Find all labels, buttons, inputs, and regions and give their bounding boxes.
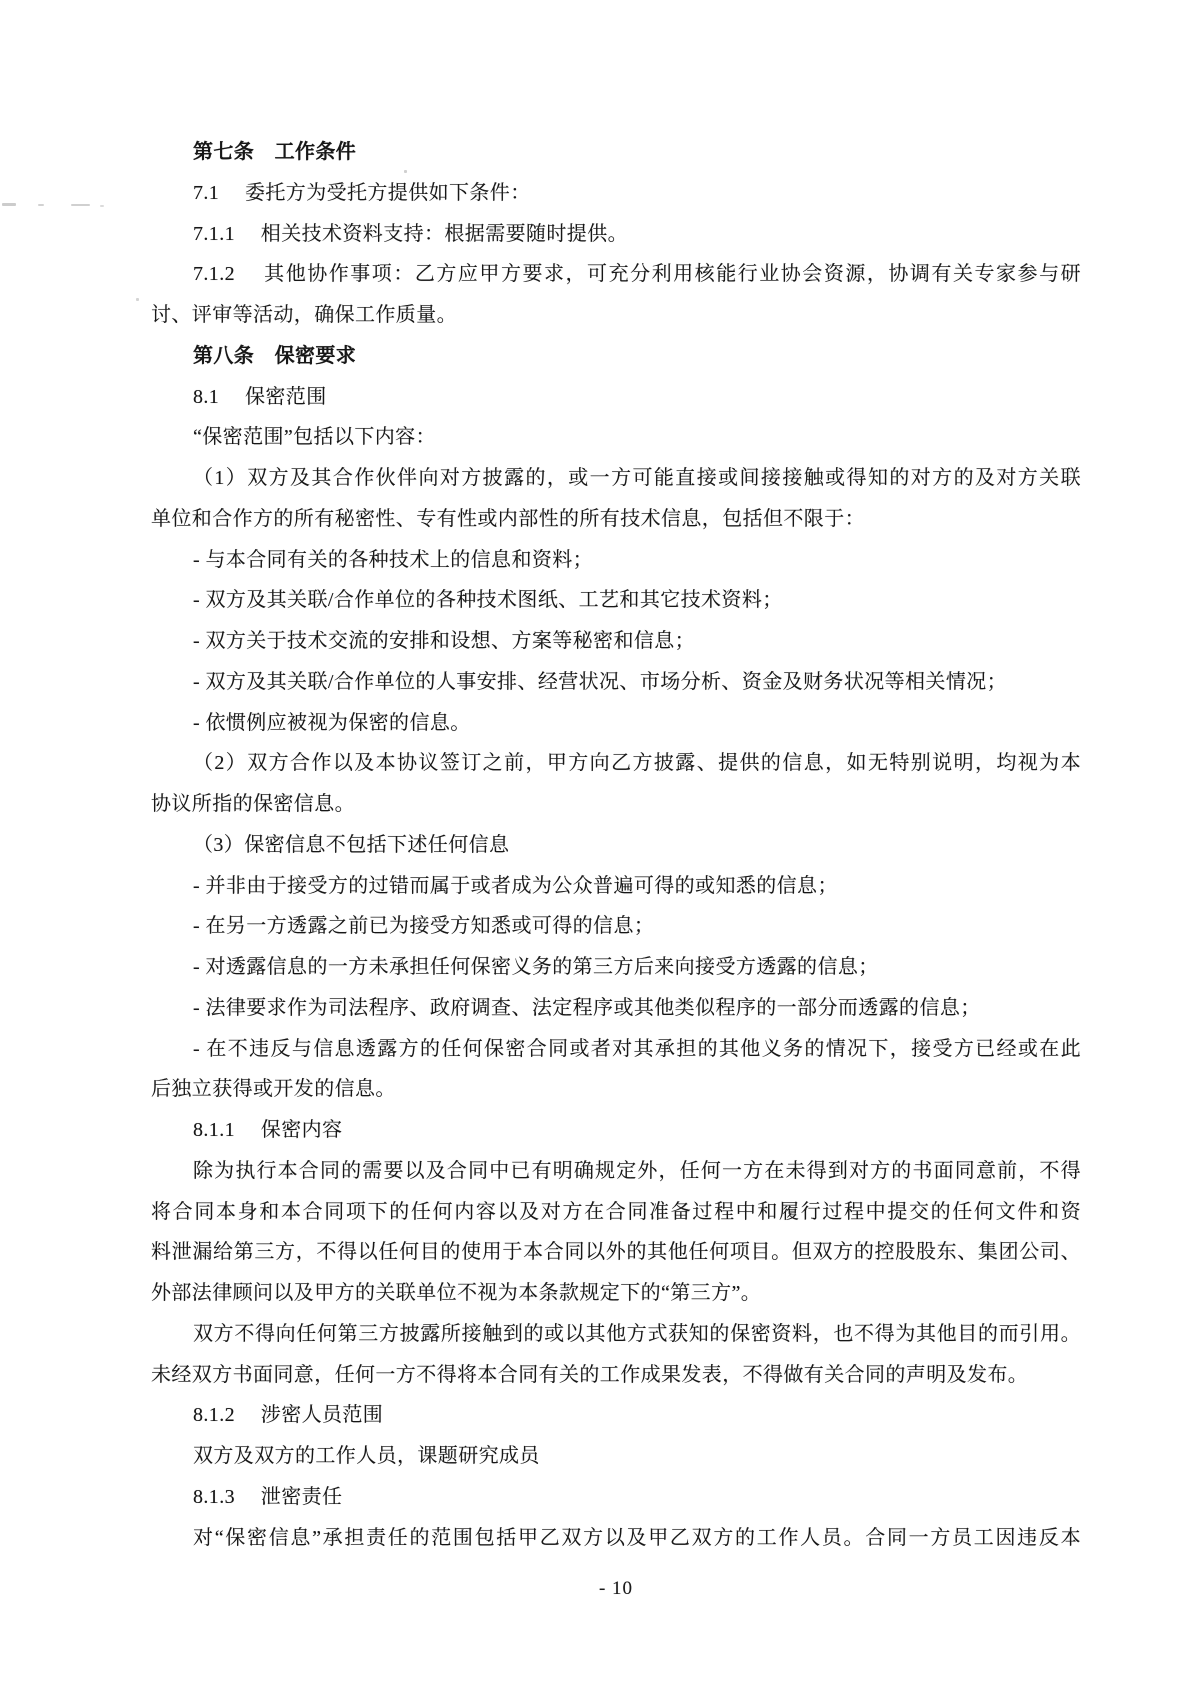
exclusion-bullet-2: - 在另一方透露之前已为接受方知悉或可得的信息； bbox=[151, 906, 1081, 947]
page-number: - 10 bbox=[151, 1578, 1081, 1600]
scan-artifact bbox=[136, 298, 139, 301]
clause-7-1: 7.1 委托方为受托方提供如下条件： bbox=[151, 173, 1081, 214]
exclusion-bullet-3: - 对透露信息的一方未承担任何保密义务的第三方后来向接受方透露的信息； bbox=[151, 947, 1081, 988]
scan-artifact bbox=[38, 204, 44, 206]
scan-artifact bbox=[2, 203, 16, 206]
scope-item-2: （2）双方合作以及本协议签订之前，甲方向乙方披露、提供的信息，如无特别说明，均视… bbox=[151, 743, 1081, 784]
secrecy-content-line-1: 除为执行本合同的需要以及合同中已有明确规定外，任何一方在未得到对方的书面同意前，… bbox=[151, 1151, 1081, 1192]
scope-item-1-cont: 单位和合作方的所有秘密性、专有性或内部性的所有技术信息，包括但不限于： bbox=[151, 499, 1081, 540]
contract-page: 第七条 工作条件 7.1 委托方为受托方提供如下条件： 7.1.1 相关技术资料… bbox=[0, 0, 1200, 1694]
scope-item-2-cont: 协议所指的保密信息。 bbox=[151, 784, 1081, 825]
clause-7-1-2-cont: 讨、评审等活动，确保工作质量。 bbox=[151, 295, 1081, 336]
scan-artifact bbox=[100, 205, 104, 207]
scope-bullet-1: - 与本合同有关的各种技术上的信息和资料； bbox=[151, 540, 1081, 581]
scope-bullet-5: - 依惯例应被视为保密的信息。 bbox=[151, 703, 1081, 744]
secrecy-scope-intro: “保密范围”包括以下内容： bbox=[151, 417, 1081, 458]
exclusion-bullet-5-cont: 后独立获得或开发的信息。 bbox=[151, 1069, 1081, 1110]
clause-8-1: 8.1 保密范围 bbox=[151, 377, 1081, 418]
secrecy-content-line-3: 料泄漏给第三方，不得以任何目的使用于本合同以外的其他任何项目。但双方的控股股东、… bbox=[151, 1232, 1081, 1273]
clause-8-1-1: 8.1.1 保密内容 bbox=[151, 1110, 1081, 1151]
document-body: 第七条 工作条件 7.1 委托方为受托方提供如下条件： 7.1.1 相关技术资料… bbox=[151, 132, 1081, 1558]
article-7-heading: 第七条 工作条件 bbox=[151, 132, 1081, 173]
scope-bullet-2: - 双方及其关联/合作单位的各种技术图纸、工艺和其它技术资料； bbox=[151, 580, 1081, 621]
secrecy-content-line-6: 未经双方书面同意，任何一方不得将本合同有关的工作成果发表，不得做有关合同的声明及… bbox=[151, 1355, 1081, 1396]
scope-bullet-4: - 双方及其关联/合作单位的人事安排、经营状况、市场分析、资金及财务状况等相关情… bbox=[151, 662, 1081, 703]
secrecy-content-line-2: 将合同本身和本合同项下的任何内容以及对方在合同准备过程中和履行过程中提交的任何文… bbox=[151, 1192, 1081, 1233]
article-8-heading: 第八条 保密要求 bbox=[151, 336, 1081, 377]
clause-8-1-2: 8.1.2 涉密人员范围 bbox=[151, 1395, 1081, 1436]
scan-artifact bbox=[71, 204, 90, 206]
scope-bullet-3: - 双方关于技术交流的安排和设想、方案等秘密和信息； bbox=[151, 621, 1081, 662]
clause-7-1-1: 7.1.1 相关技术资料支持：根据需要随时提供。 bbox=[151, 214, 1081, 255]
liability-text-line-1: 对“保密信息”承担责任的范围包括甲乙双方以及甲乙双方的工作人员。合同一方员工因违… bbox=[151, 1518, 1081, 1559]
secrecy-content-line-4: 外部法律顾问以及甲方的关联单位不视为本条款规定下的“第三方”。 bbox=[151, 1273, 1081, 1314]
clause-7-1-2: 7.1.2 其他协作事项：乙方应甲方要求，可充分利用核能行业协会资源，协调有关专… bbox=[151, 254, 1081, 295]
personnel-scope-text: 双方及双方的工作人员，课题研究成员 bbox=[151, 1436, 1081, 1477]
exclusion-bullet-4: - 法律要求作为司法程序、政府调查、法定程序或其他类似程序的一部分而透露的信息； bbox=[151, 988, 1081, 1029]
exclusion-bullet-1: - 并非由于接受方的过错而属于或者成为公众普遍可得的或知悉的信息； bbox=[151, 866, 1081, 907]
exclusion-bullet-5: - 在不违反与信息透露方的任何保密合同或者对其承担的其他义务的情况下，接受方已经… bbox=[151, 1029, 1081, 1070]
scope-item-3: （3）保密信息不包括下述任何信息 bbox=[151, 825, 1081, 866]
secrecy-content-line-5: 双方不得向任何第三方披露所接触到的或以其他方式获知的保密资料，也不得为其他目的而… bbox=[151, 1314, 1081, 1355]
scope-item-1: （1）双方及其合作伙伴向对方披露的，或一方可能直接或间接接触或得知的对方的及对方… bbox=[151, 458, 1081, 499]
clause-8-1-3: 8.1.3 泄密责任 bbox=[151, 1477, 1081, 1518]
